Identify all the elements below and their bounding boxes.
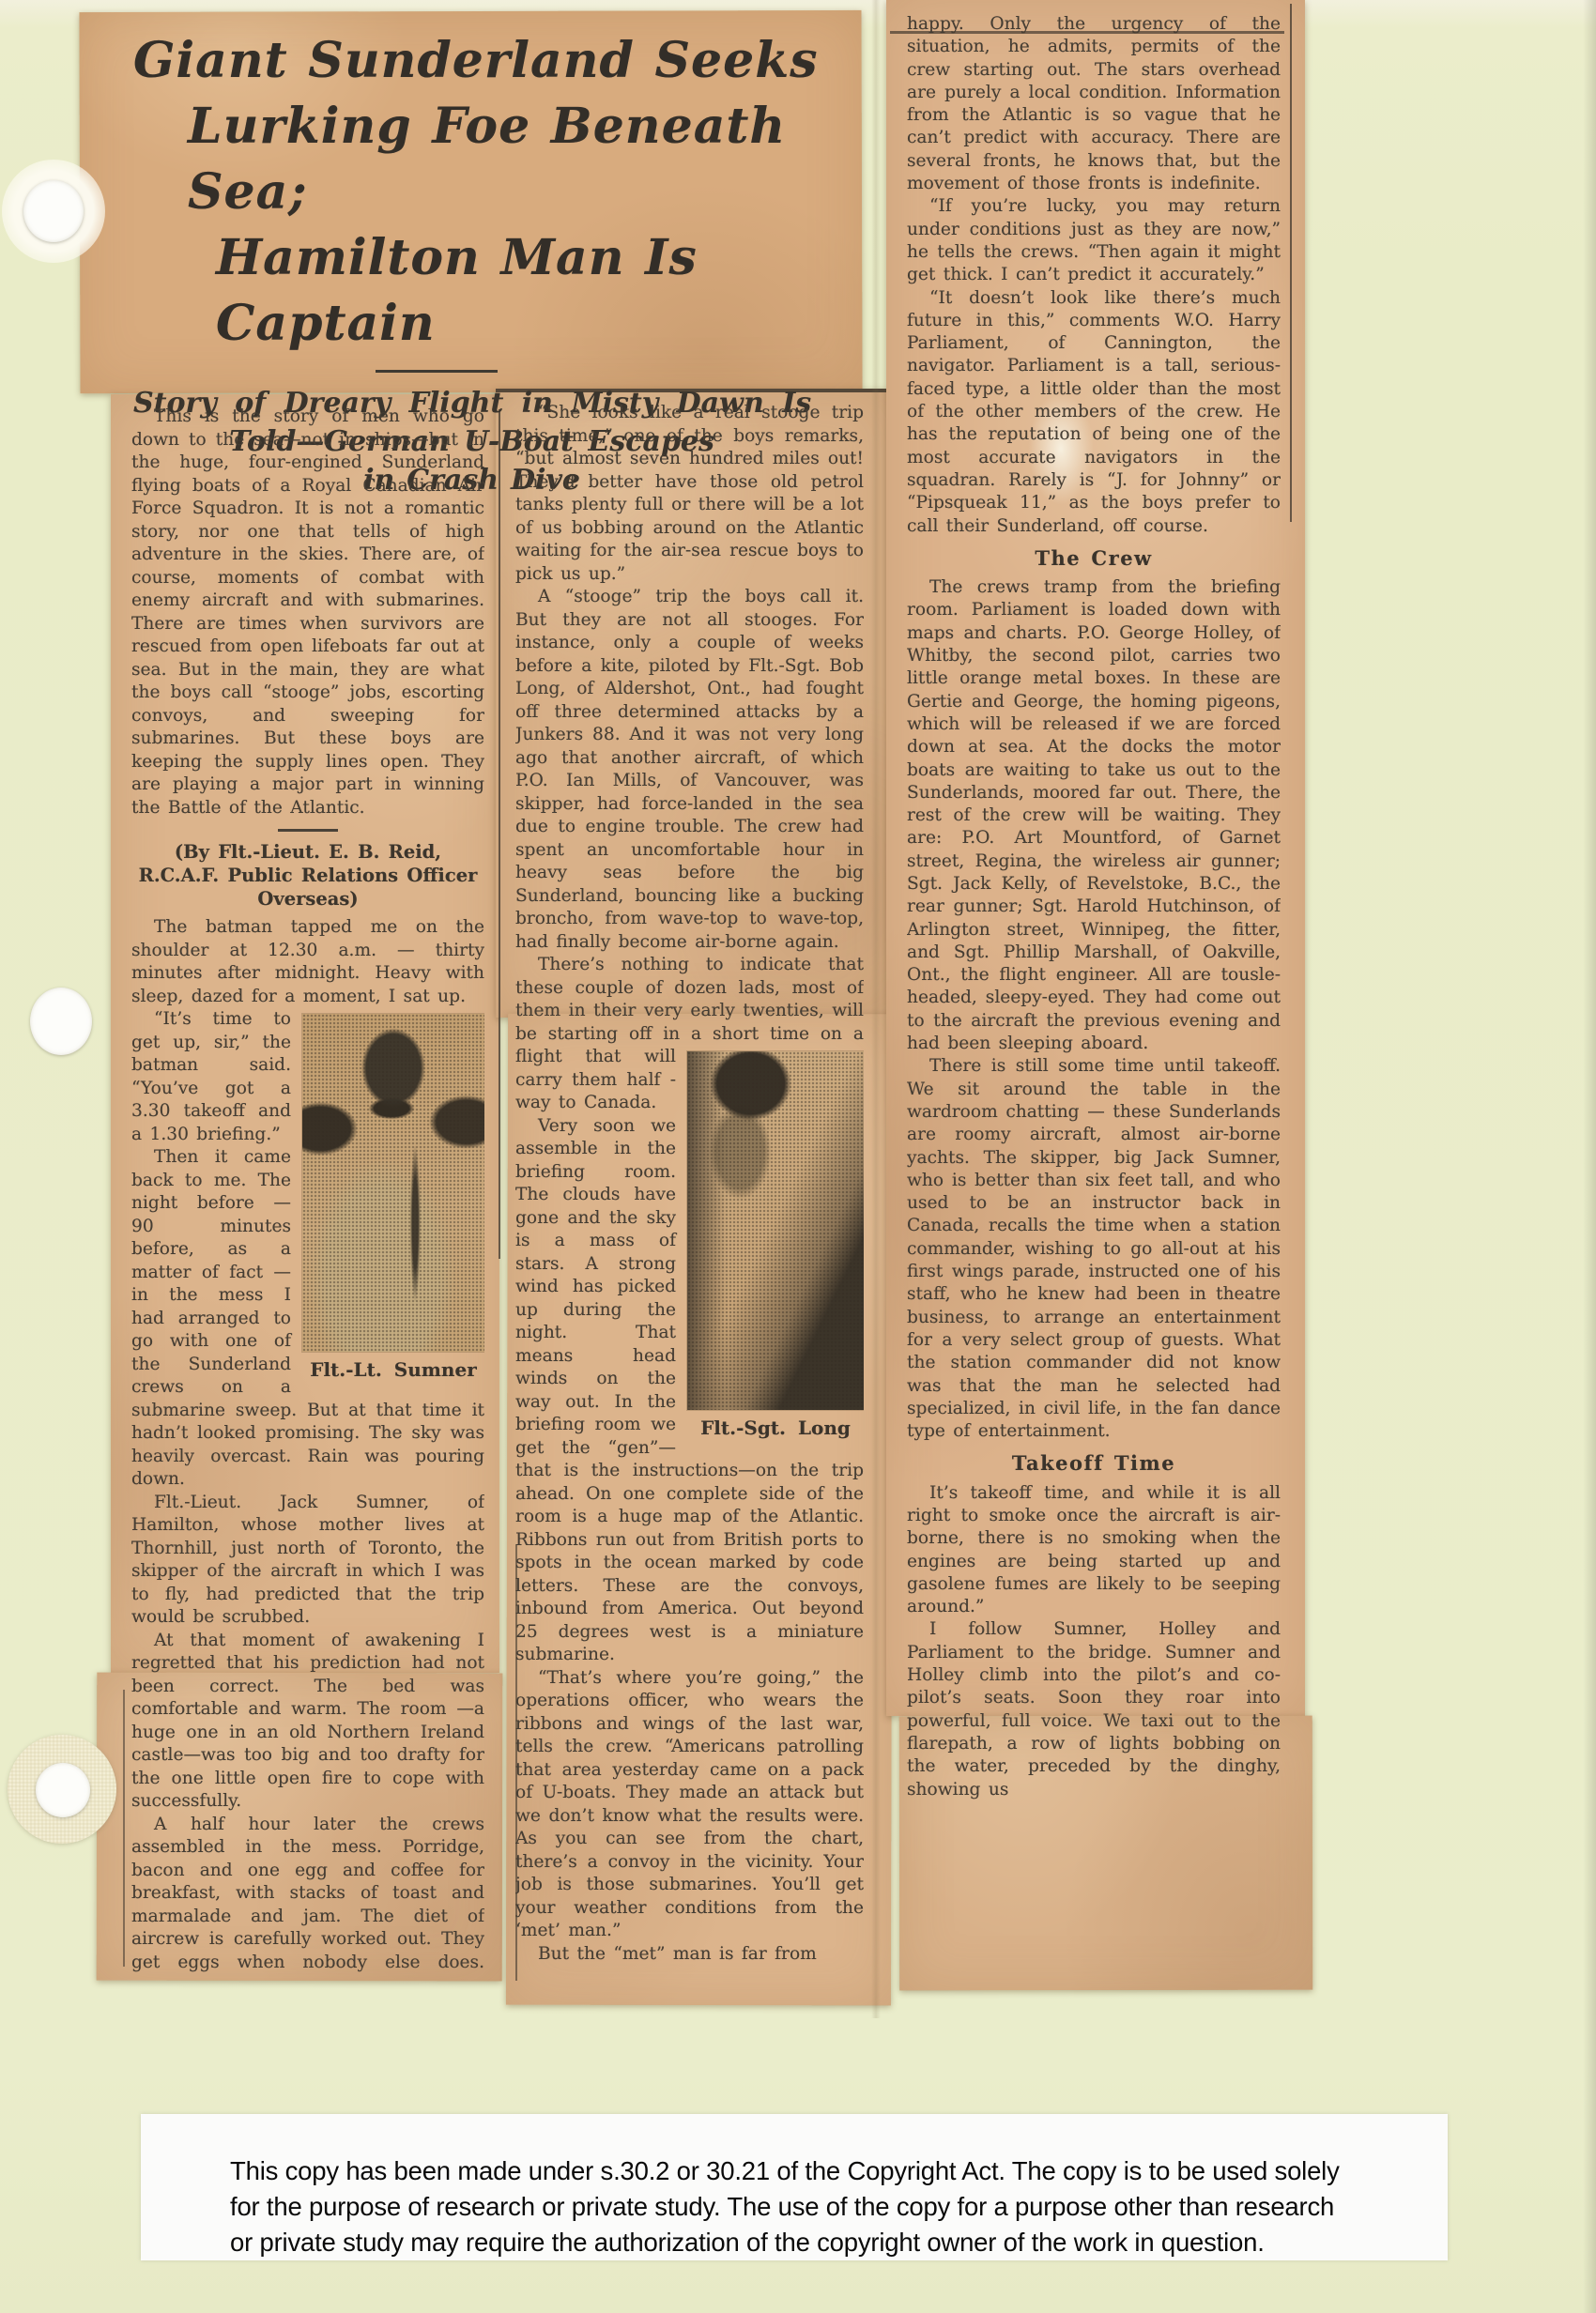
article-column-3: happy. Only the urgency of the situation… [907,13,1281,1984]
col1-paragraph: At that moment of awakening I regretted … [131,1630,484,1814]
sumner-photo-figure: Flt.-Lt. Sumner [302,1014,484,1382]
copyright-line-2: for the purpose of research or private s… [230,2189,1448,2225]
headline-rule [376,370,498,373]
col2-paragraph: But the “met” man is far from [515,1943,864,1967]
col1-paragraph: This is the story of men who go down to … [131,406,484,820]
col3-paragraph: There is still some time until takeoff. … [907,1055,1281,1443]
col3-subhead-the-crew: The Crew [907,547,1281,570]
col3-paragraph: I follow Sumner, Holley and Parliament t… [907,1618,1281,1800]
col2-paragraph: A “stooge” trip the boys call it. But th… [515,586,864,954]
col3-paragraph: “It doesn’t look like there’s much futur… [907,287,1281,538]
sumner-photo-caption: Flt.-Lt. Sumner [302,1357,484,1382]
column-rule-left-of-col2 [499,409,500,1259]
long-photo [687,1051,864,1410]
col3-subhead-takeoff-time: Takeoff Time [907,1452,1281,1475]
col2-paragraph: “She looks like a real stooge trip this … [515,402,864,586]
column-rule-right-of-col3 [1290,4,1292,522]
article-column-1: This is the story of men who go down to … [131,406,484,1975]
headline-line-3: Hamilton Man Is Captain [216,225,850,357]
punch-hole-3 [36,1763,90,1817]
col2-paragraph: There’s nothing to indicate that these c… [515,954,864,1115]
copyright-text: This copy has been made under s.30.2 or … [141,2114,1448,2260]
col1-paragraph: A half hour later the crews assembled in… [131,1814,484,1976]
col1-section-rule [278,829,338,832]
long-photo-caption: Flt.-Sgt. Long [687,1416,864,1440]
copyright-line-1: This copy has been made under s.30.2 or … [230,2153,1448,2189]
copyright-notice-bar: This copy has been made under s.30.2 or … [141,2114,1448,2260]
copyright-line-3: or private study may require the authori… [230,2225,1448,2260]
col1-paragraph: Flt.-Lieut. Jack Sumner, of Hamilton, wh… [131,1492,484,1630]
headline-line-1: Giant Sunderland Seeks [133,28,850,94]
column-rule-left-of-col1-bottom [123,1690,125,1967]
col3-paragraph: “If you’re lucky, you may return under c… [907,195,1281,286]
scan-edge-shade [1583,0,1596,2313]
page-fold-crease [871,0,881,2018]
col3-paragraph: The crews tramp from the briefing room. … [907,576,1281,1055]
col3-paragraph: It’s takeoff time, and while it is all r… [907,1482,1281,1619]
headline-line-2: Lurking Foe Beneath Sea; [188,94,850,225]
col2-paragraph: “That’s where you’re going,” the operati… [515,1667,864,1943]
long-photo-figure: Flt.-Sgt. Long [687,1051,864,1440]
punch-hole-2 [30,988,92,1055]
article-byline: (By Flt.-Lieut. E. B. Reid, R.C.A.F. Pub… [131,840,484,911]
article-column-2: “She looks like a real stooge trip this … [515,402,864,2001]
scrapbook-page: { "article": { "headline": ["Giant Sunde… [0,0,1596,2313]
col3-paragraph: happy. Only the urgency of the situation… [907,13,1281,195]
sumner-photo [302,1014,484,1352]
col1-paragraph: The batman tapped me on the shoulder at … [131,916,484,1008]
punch-hole-1 [23,180,84,242]
